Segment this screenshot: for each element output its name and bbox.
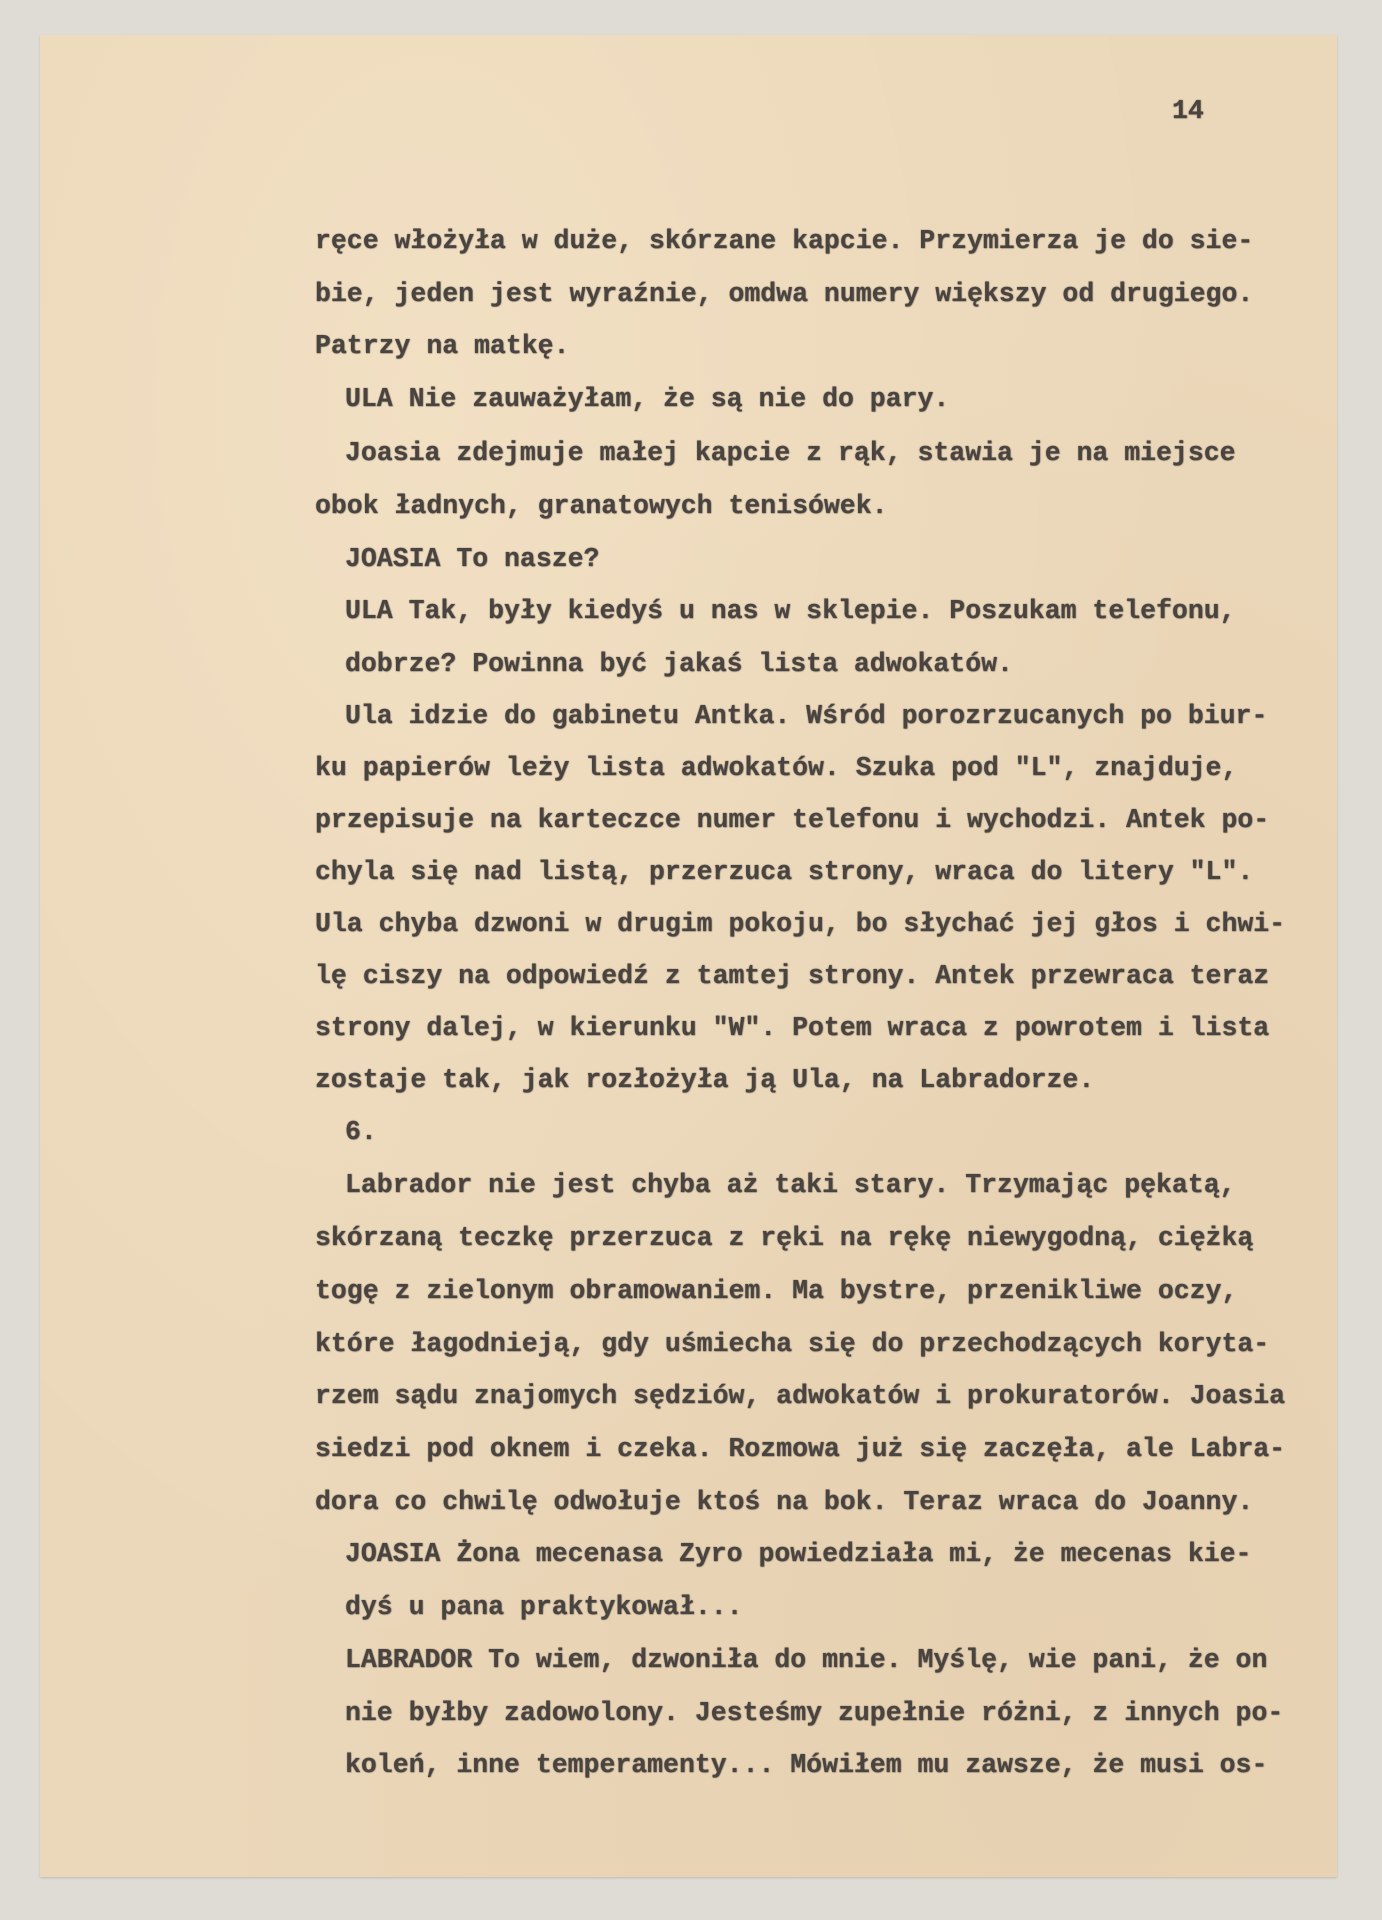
text-line: siedzi pod oknem i czeka. Rozmowa już si… [315, 1434, 1285, 1464]
dialogue-line: dyś u pana praktykował... [345, 1592, 743, 1622]
dialogue-line: koleń, inne temperamenty... Mówiłem mu z… [345, 1750, 1267, 1780]
document-body: ręce włożyła w duże, skórzane kapcie. Pr… [0, 0, 1382, 1920]
text-line: chyla się nad listą, przerzuca strony, w… [315, 857, 1253, 887]
dialogue-line: dobrze? Powinna być jakaś lista adwokató… [345, 649, 1013, 679]
text-line: Patrzy na matkę. [315, 331, 569, 361]
dialogue-line: ULA Tak, były kiedyś u nas w sklepie. Po… [345, 596, 1236, 626]
text-line: togę z zielonym obramowaniem. Ma bystre,… [315, 1276, 1237, 1306]
text-line: ręce włożyła w duże, skórzane kapcie. Pr… [315, 226, 1253, 256]
text-line: Ula idzie do gabinetu Antka. Wśród poroz… [345, 701, 1267, 731]
text-line: które łagodnieją, gdy uśmiecha się do pr… [315, 1329, 1269, 1359]
text-line: przepisuje na karteczce numer telefonu i… [315, 805, 1269, 835]
text-line: Ula chyba dzwoni w drugim pokoju, bo sły… [315, 909, 1285, 939]
dialogue-line: JOASIA Żona mecenasa Zyro powiedziała mi… [345, 1539, 1251, 1569]
text-line: rzem sądu znajomych sędziów, adwokatów i… [315, 1381, 1285, 1411]
text-line: zostaje tak, jak rozłożyła ją Ula, na La… [315, 1065, 1094, 1095]
text-line: lę ciszy na odpowiedź z tamtej strony. A… [315, 961, 1269, 991]
dialogue-line: JOASIA To nasze? [345, 544, 599, 574]
text-line: Labrador nie jest chyba aż taki stary. T… [345, 1170, 1236, 1200]
text-line: dora co chwilę odwołuje ktoś na bok. Ter… [315, 1487, 1253, 1517]
scene-number: 6. [345, 1117, 377, 1147]
text-line: strony dalej, w kierunku "W". Potem wrac… [315, 1013, 1269, 1043]
dialogue-line: nie byłby zadowolony. Jesteśmy zupełnie … [345, 1698, 1283, 1728]
text-line: bie, jeden jest wyraźnie, omdwa numery w… [315, 279, 1253, 309]
text-line: ku papierów leży lista adwokatów. Szuka … [315, 753, 1237, 783]
dialogue-line: ULA Nie zauważyłam, że są nie do pary. [345, 384, 949, 414]
text-line: Joasia zdejmuje małej kapcie z rąk, staw… [345, 438, 1236, 468]
dialogue-line: LABRADOR To wiem, dzwoniła do mnie. Myśl… [345, 1645, 1267, 1675]
text-line: skórzaną teczkę przerzuca z ręki na rękę… [315, 1223, 1253, 1253]
text-line: obok ładnych, granatowych tenisówek. [315, 491, 888, 521]
